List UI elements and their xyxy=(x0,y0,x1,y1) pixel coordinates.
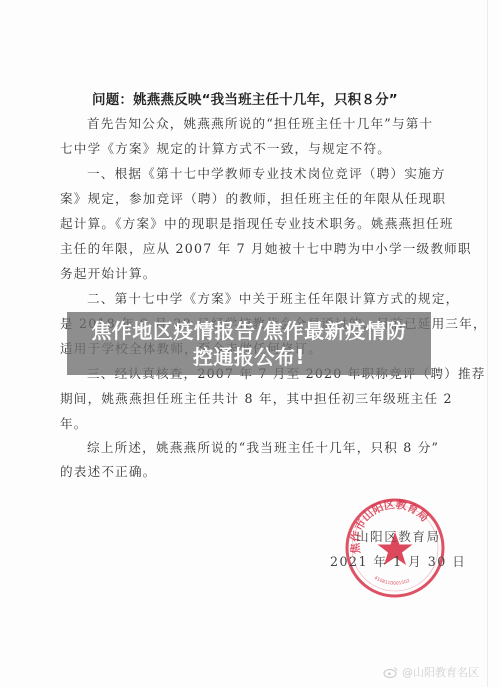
headline-banner: 焦作地区疫情报告/焦作最新疫情防 控通报公布! xyxy=(67,312,431,375)
page-edge-divider xyxy=(487,0,488,687)
weibo-icon xyxy=(383,666,399,678)
body-line: 七中学《方案》规定的计算方式不一致，与规定不符。 xyxy=(60,138,391,157)
body-line: 年。 xyxy=(60,413,88,432)
document-page: 问题：姚燕燕反映“我当班主任十几年，只积８分” 首先告知公众，姚燕燕所说的“担任… xyxy=(0,0,500,687)
body-line: 二、第十七中学《方案》中关于班主任年限计算方式的规定， xyxy=(87,288,459,307)
document-title: 问题：姚燕燕反映“我当班主任十几年，只积８分” xyxy=(92,88,398,108)
body-line: 首先告知公众，姚燕燕所说的“担任班主任十几年”与第十 xyxy=(87,113,433,132)
banner-line-1: 焦作地区疫情报告/焦作最新疫情防 xyxy=(91,318,406,344)
svg-text:4108110001502: 4108110001502 xyxy=(373,575,411,587)
body-line: 务起开始计算。 xyxy=(60,263,157,282)
body-line: 起计算。《方案》中的现职是指现任专业技术职务。姚燕燕担任班 xyxy=(60,213,454,232)
body-line: 案》规定，参加竞评（聘）的教师，担任班主任的年限从任现职 xyxy=(60,188,446,207)
body-line: 的表述不正确。 xyxy=(60,461,157,480)
body-line: 综上所述，姚燕燕所说的“我当班主任十几年，只积 8 分” xyxy=(87,437,439,456)
body-line: 期间，姚燕燕担任班主任共计 8 年，其中担任初三年级班主任 2 xyxy=(60,388,453,407)
body-line: 主任的年限，应从 2007 年 7 月她被十七中聘为中小学一级教师职 xyxy=(60,238,472,257)
official-seal-icon: 焦作市山阳区教育局 4108110001502 xyxy=(343,496,447,600)
body-line: 一、根据《第十七中学教师专业技术岗位竞评（聘）实施方 xyxy=(87,163,446,182)
source-watermark: @山阳教育名区 xyxy=(383,664,479,680)
watermark-text: @山阳教育名区 xyxy=(402,664,479,680)
signature-organization: 山阳区教育局 xyxy=(356,526,441,545)
banner-line-2: 控通报公布! xyxy=(193,344,305,370)
seal-code-text: 4108110001502 xyxy=(373,575,411,587)
signature-date: 2021 年 1 月 30 日 xyxy=(330,551,466,570)
